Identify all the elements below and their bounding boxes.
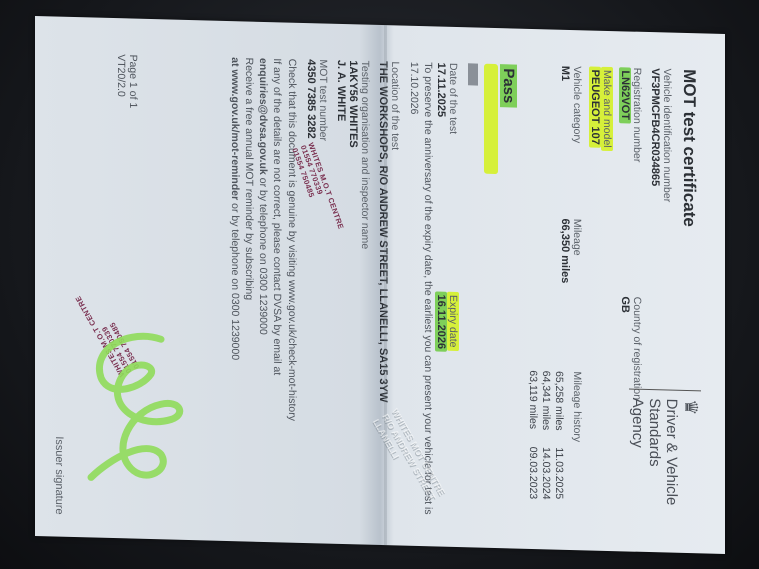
highlighter-streak: [484, 63, 498, 173]
test-result: Pass: [500, 64, 517, 107]
make-model-label: Make and model: [601, 66, 613, 150]
redacted-mark: [468, 63, 478, 85]
reminder-phone: or by telephone on 0300 1239000: [228, 202, 240, 359]
agency-line2: Standards: [645, 397, 662, 527]
tester-name: J. A. WHITE: [334, 59, 346, 517]
reminder-link[interactable]: at www.gov.uk/mot-reminder: [228, 57, 240, 200]
paper-fold: [383, 25, 386, 545]
history-miles: 63,119 miles: [527, 370, 539, 447]
agency-line1: Driver & Vehicle: [663, 398, 680, 528]
make-model-value: PEUGEOT 107: [589, 66, 601, 148]
history-miles: 64,341 miles: [540, 370, 552, 447]
form-code: VT20/2.0: [115, 54, 127, 108]
royal-crest-icon: ♛: [680, 398, 701, 529]
mileage-label: Mileage: [571, 218, 583, 371]
tester-org: 1AKY56 WHITES: [346, 60, 358, 518]
mileage-history-label: Mileage history: [571, 371, 583, 524]
test-number-value: 4350 7385 3282: [304, 59, 316, 517]
mileage-value: 66,350 miles: [559, 218, 571, 371]
mileage-history: 65,258 miles 11.03.2025 64,341 miles 14.…: [527, 370, 565, 524]
history-date: 09.03.2023: [527, 446, 539, 523]
dvsa-logo: ♛ Driver & Vehicle Standards Agency: [628, 388, 700, 529]
contact-email-link[interactable]: enquiries@dvsa.gov.uk: [257, 57, 269, 174]
history-miles: 65,258 miles: [553, 370, 565, 447]
category-label: Vehicle category: [571, 66, 583, 219]
issuer-signature-label: Issuer signature: [53, 436, 65, 515]
registration-value: LN62VOT: [619, 67, 631, 123]
expiry-label: Expiry date: [447, 291, 459, 350]
history-date: 14.03.2024: [540, 446, 552, 523]
test-date-value: 17.11.2025: [435, 62, 447, 291]
tester-label: Testing organisation and inspector name: [358, 60, 370, 518]
contact-text: If any of the details are not correct, p…: [271, 58, 283, 375]
contact-phone: or by telephone on 0300 1239000: [257, 177, 269, 334]
page-number: Page 1 of 1: [127, 54, 139, 108]
expiry-value: 16.11.2026: [435, 291, 447, 352]
test-date-label: Date of the test: [447, 62, 459, 291]
test-number-label: MOT test number: [316, 59, 328, 517]
reminder-text: Receive a free annual MOT reminder by su…: [241, 57, 255, 515]
category-value: M1: [559, 65, 571, 218]
registration-label: Registration number: [631, 67, 643, 296]
check-text: Check that this document is genuine by v…: [284, 58, 298, 516]
agency-line3: Agency: [628, 397, 645, 527]
history-date: 11.03.2025: [553, 447, 565, 524]
issuer-signature: [71, 316, 201, 499]
mot-certificate-paper: ♛ Driver & Vehicle Standards Agency MOT …: [35, 15, 725, 553]
